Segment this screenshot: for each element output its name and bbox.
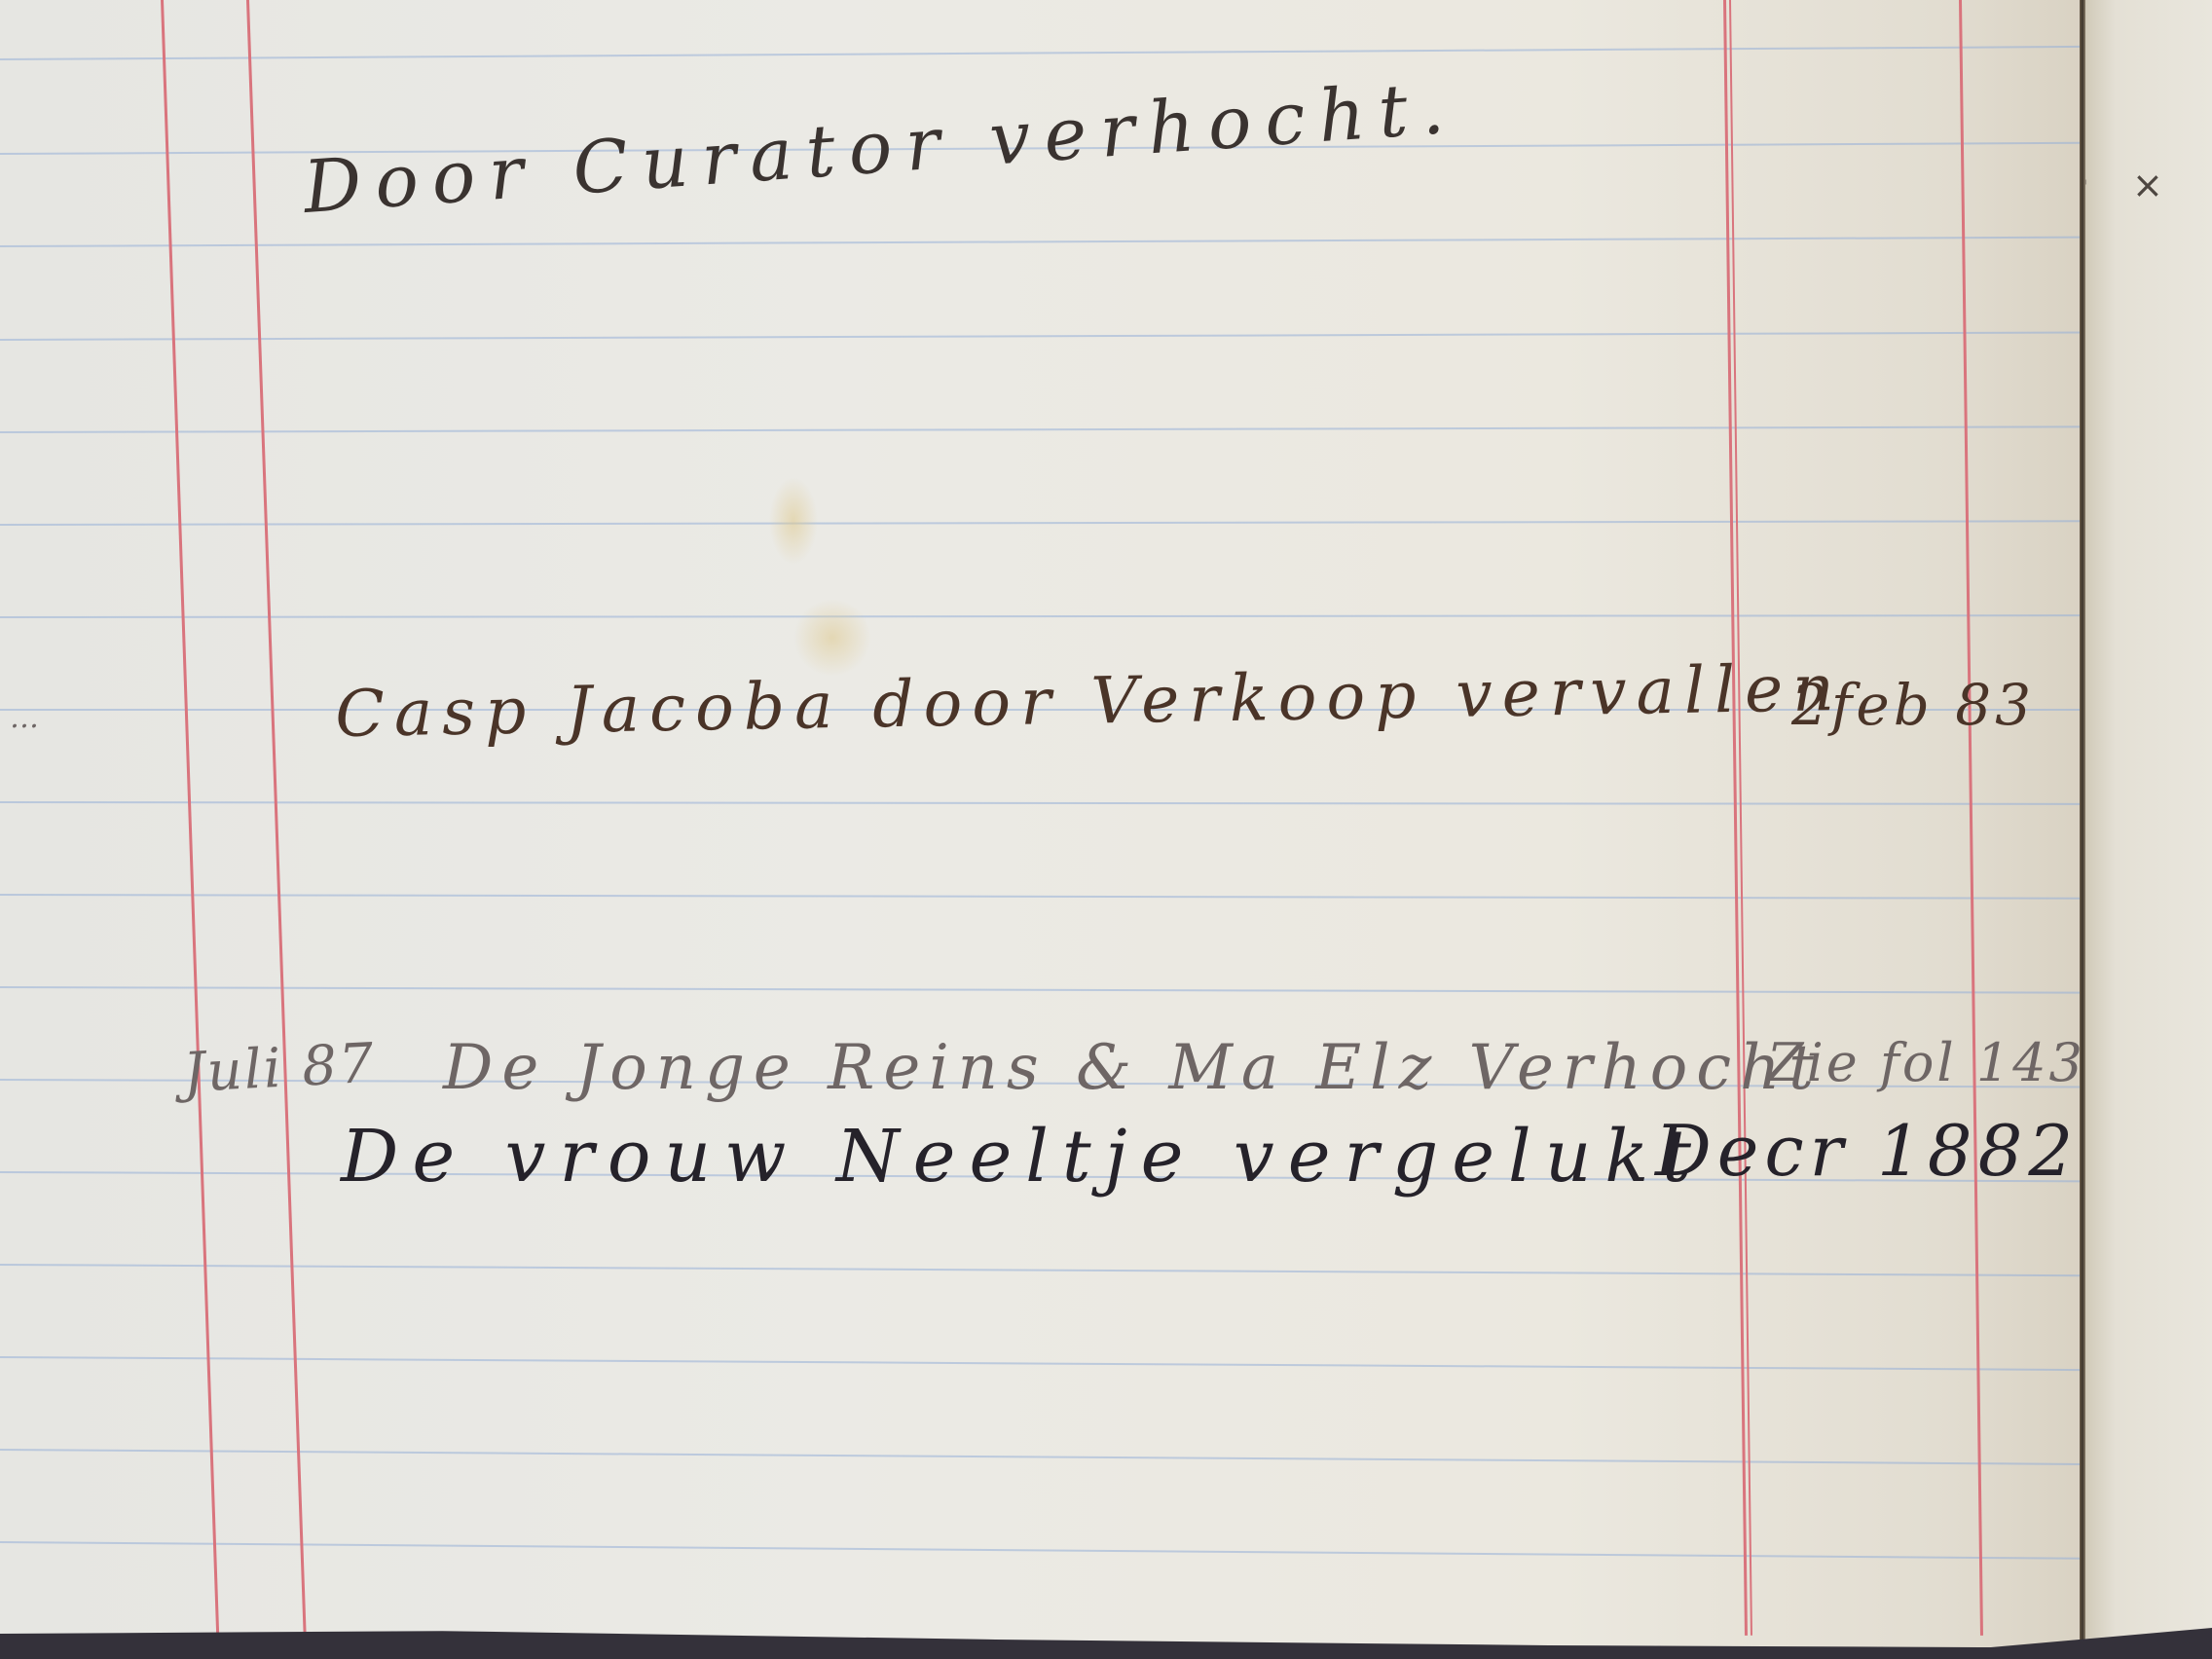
entry-2-text: Casp Jacoba door Verkoop vervallen xyxy=(335,650,1845,752)
entry-2-margin-note: … xyxy=(10,701,62,735)
rule-line xyxy=(0,332,2083,341)
rule-line xyxy=(0,46,2083,60)
rule-line xyxy=(0,520,2083,526)
rule-line xyxy=(0,425,2083,433)
page-binding-edge xyxy=(2080,0,2085,1659)
rule-line xyxy=(0,894,2083,900)
amount-column-double-line xyxy=(1723,0,1748,1636)
facing-page: · × xyxy=(2083,0,2212,1659)
rule-line xyxy=(0,1264,2083,1276)
entry-3-margin-note: Juli 87 xyxy=(182,1032,378,1105)
stain xyxy=(769,477,818,565)
rule-line xyxy=(0,986,2083,994)
rule-line xyxy=(0,801,2083,805)
ledger-page: Door Curator verhocht. … Casp Jacoba doo… xyxy=(0,0,2083,1659)
rule-line xyxy=(0,237,2083,247)
entry-4-date: Decr 1882 xyxy=(1655,1110,2079,1192)
rule-line xyxy=(0,1356,2083,1371)
entry-4-text: De vrouw Neeltje vergelukt xyxy=(341,1115,1705,1198)
entry-3-text: De Jonge Reins & Ma Elz Verhocht xyxy=(443,1032,1823,1104)
right-column-line xyxy=(1959,0,1983,1636)
facing-page-cross: × xyxy=(2132,164,2163,206)
rule-line xyxy=(0,614,2083,618)
entry-2-date: 2feb 83 xyxy=(1791,672,2035,738)
stain xyxy=(793,599,871,677)
rule-line xyxy=(0,1541,2083,1560)
entry-3-reference: Zie fol 143 xyxy=(1767,1032,2085,1093)
entry-1-text: Door Curator verhocht. xyxy=(301,65,1460,230)
rule-line xyxy=(0,1449,2083,1465)
